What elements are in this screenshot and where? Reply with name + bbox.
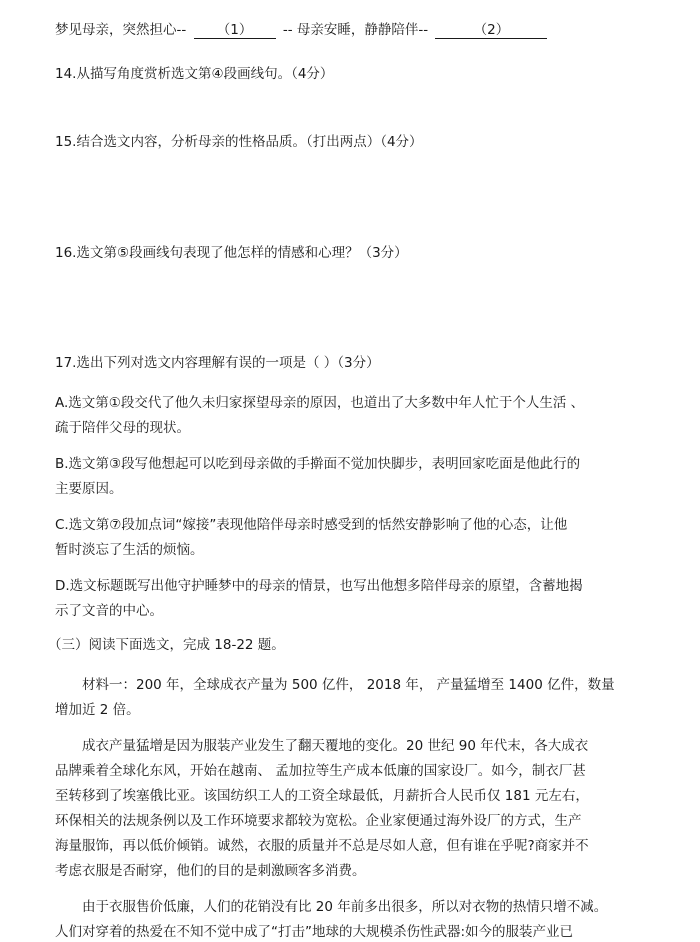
para3-line-2: 人们对穿着的热爱在不知不觉中成了“打击”地球的大规模杀伤性武器:如今的服装产业已 [55, 923, 573, 941]
fill-text-2: -- 母亲安睡，静静陪伴-- [283, 22, 428, 38]
fill-text-1: 梦见母亲，突然担心-- [55, 22, 186, 38]
question-16: 16.选文第⑤段画线句表现了他怎样的情感和心理？（3分） [55, 244, 408, 262]
option-c-line-1: C.选文第⑦段加点词“嫁接”表现他陪伴母亲时感受到的恬然安静影响了他的心态，让他 [55, 516, 567, 534]
option-c-line-2: 暂时淡忘了生活的烦恼。 [55, 541, 204, 559]
material1-line-2: 增加近 2 倍。 [55, 701, 140, 719]
para2-line-4: 环保相关的法规条例以及工作环境要求都较为宽松。企业家便通过海外设厂的方式，生产 [55, 812, 582, 830]
blank-1[interactable]: （1） [194, 22, 276, 39]
option-a-line-1: A.选文第①段交代了他久未归家探望母亲的原因，也道出了大多数中年人忙于个人生活 … [55, 394, 584, 412]
para2-line-6: 考虑衣服是否耐穿，他们的目的是刺激顾客多消费。 [55, 862, 366, 880]
question-17: 17.选出下列对选文内容理解有误的一项是（ ）（3分） [55, 354, 380, 372]
blank-2[interactable]: （2） [435, 22, 547, 39]
option-a-line-2: 疏于陪伴父母的现状。 [55, 419, 190, 437]
para2-line-3: 至转移到了埃塞俄比亚。该国纺织工人的工资全球最低，月薪折合人民币仅 181 元左… [55, 787, 589, 805]
option-b-line-2: 主要原因。 [55, 480, 123, 498]
material1-line-1: 材料一：200 年，全球成衣产量为 500 亿件， 2018 年， 产量猛增至 … [82, 676, 615, 694]
para2-line-1: 成衣产量猛增是因为服装产业发生了翻天覆地的变化。20 世纪 90 年代末，各大成… [82, 737, 588, 755]
option-b-line-1: B.选文第③段写他想起可以吃到母亲做的手擀面不觉加快脚步，表明回家吃面是他此行的 [55, 455, 580, 473]
option-d-line-1: D.选文标题既写出他守护睡梦中的母亲的情景，也写出他想多陪伴母亲的原望，含蓄地揭 [55, 577, 583, 595]
question-15: 15.结合选文内容，分析母亲的性格品质。（打出两点）（4分） [55, 133, 423, 151]
fill-in-line: 梦见母亲，突然担心-- （1） -- 母亲安睡，静静陪伴-- （2） [55, 21, 550, 39]
question-14: 14.从描写角度赏析选文第④段画线句。（4分） [55, 65, 333, 83]
section-heading: （三）阅读下面选文，完成 18-22 题。 [48, 636, 285, 654]
option-d-line-2: 示了文音的中心。 [55, 602, 163, 620]
para3-line-1: 由于衣服售价低廉，人们的花销没有比 20 年前多出很多，所以对衣物的热情只增不减… [82, 898, 607, 916]
para2-line-5: 海量服饰，再以低价倾销。诚然，衣服的质量并不总是尽如人意，但有谁在乎呢?商家并不 [55, 837, 589, 855]
para2-line-2: 品牌乘着全球化东风，开始在越南、 孟加拉等生产成本低廉的国家设厂。如今，制衣厂甚 [55, 762, 586, 780]
